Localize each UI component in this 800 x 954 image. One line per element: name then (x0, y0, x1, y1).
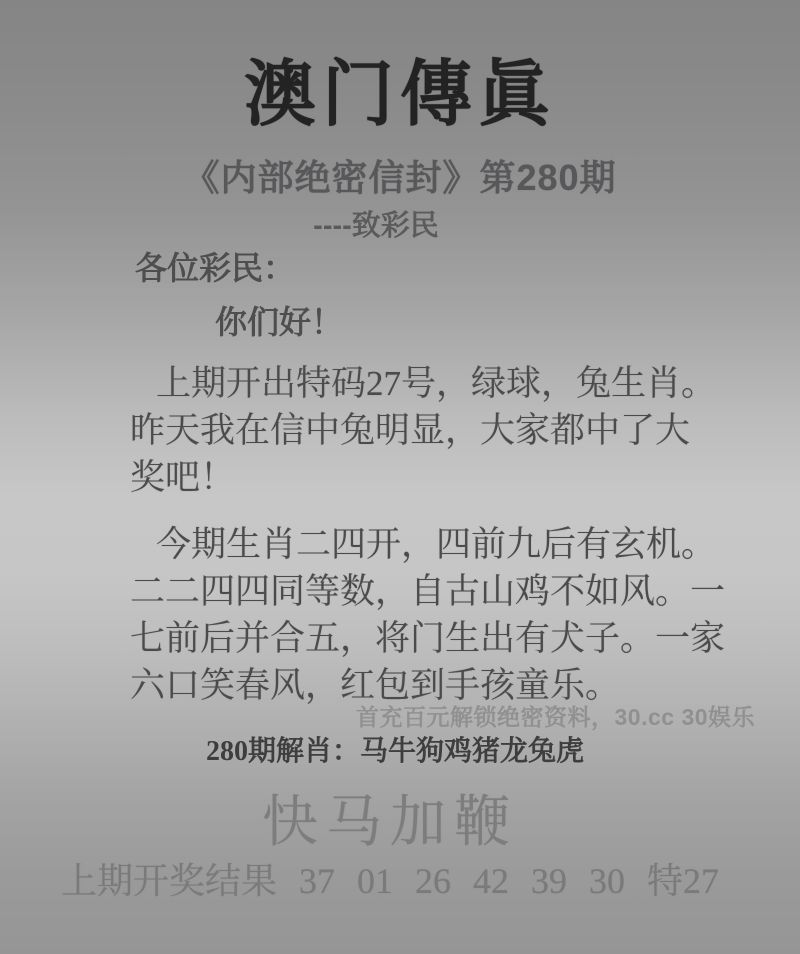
slogan: 快马加鞭 (0, 778, 790, 858)
dedication-line: ----致彩民 (0, 203, 776, 244)
paragraph-riddle: 今期生肖二四开，四前九后有玄机。 二二四四同等数，自古山鸡不如风。一 七前后并合… (130, 521, 730, 709)
zodiac-label: 280期解肖： (206, 736, 360, 767)
zodiac-solution-line: 280期解肖：马牛狗鸡猪龙兔虎 (0, 729, 795, 769)
results-label: 上期开奖结果 (61, 861, 277, 901)
issue-subtitle: 《内部绝密信封》第280期 (0, 150, 800, 201)
draw-number: 42 (473, 861, 509, 901)
paragraph-line: 上期开出特码27号，绿球，兔生肖。 (130, 360, 730, 407)
page-title: 澳门傳眞 (0, 52, 800, 138)
paragraph-previous-result: 上期开出特码27号，绿球，兔生肖。 昨天我在信中兔明显，大家都中了大 奖吧！ (130, 360, 730, 501)
draw-number: 37 (299, 861, 335, 901)
draw-number: 39 (531, 861, 567, 901)
promo-watermark: 首充百元解锁绝密资料，30.cc 30娱乐 (356, 699, 755, 732)
special-number: 特27 (647, 861, 719, 901)
greeting: 你们好！ (215, 297, 343, 343)
paragraph-line: 二二四四同等数，自古山鸡不如风。一 (130, 568, 730, 615)
zodiac-value: 马牛狗鸡猪龙兔虎 (360, 736, 584, 767)
paragraph-line: 七前后并合五，将门生出有犬子。一家 (130, 615, 730, 662)
draw-number: 01 (357, 861, 393, 901)
paragraph-line: 奖吧！ (130, 454, 730, 501)
draw-number: 30 (589, 861, 625, 901)
draw-number: 26 (415, 861, 451, 901)
fax-page: 澳门傳眞 《内部绝密信封》第280期 ----致彩民 各位彩民： 你们好！ 上期… (0, 0, 800, 954)
salutation: 各位彩民： (135, 243, 295, 289)
previous-draw-results: 上期开奖结果370126423930特27 (0, 853, 790, 904)
paragraph-line: 今期生肖二四开，四前九后有玄机。 (130, 521, 730, 568)
paragraph-line: 昨天我在信中兔明显，大家都中了大 (130, 407, 730, 454)
